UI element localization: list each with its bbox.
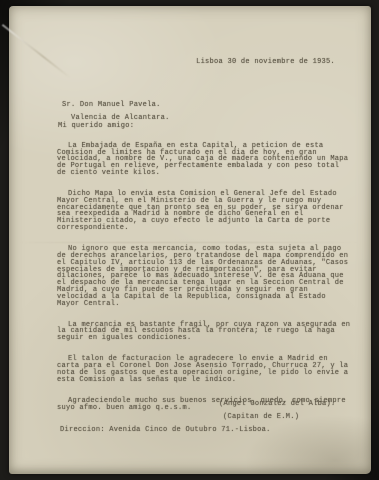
paragraph: La Embajada de España en esta Capital, a… [57, 143, 351, 177]
paragraph: La mercancia es bastante fragil, por cuy… [57, 322, 351, 342]
salutation: Mi querido amigo: [58, 123, 134, 130]
dateline: Lisboa 30 de noviembre de 1935. [196, 59, 335, 66]
letter-paper: Lisboa 30 de noviembre de 1935. Sr. Don … [9, 6, 371, 474]
paragraph: Dicho Mapa lo envia esta Comision el Gen… [57, 191, 351, 232]
signature-block: (Angel Gonzalez del Alba). (Capitan de E… [219, 394, 336, 428]
letter-body: La Embajada de España en esta Capital, a… [57, 136, 351, 426]
paper-fold-crease [2, 24, 71, 79]
recipient-name: Sr. Don Manuel Pavela. [62, 102, 170, 109]
signature-name: (Angel Gonzalez del Alba). [219, 401, 336, 408]
paragraph: El talon de facturacion le agradecere lo… [57, 356, 351, 383]
paragraph: No ignoro que esta mercancia, como todas… [57, 246, 351, 307]
signature-title: (Capitan de E.M.) [223, 414, 336, 421]
sender-address: Direccion: Avenida Cinco de Outubro 71.-… [60, 427, 271, 434]
